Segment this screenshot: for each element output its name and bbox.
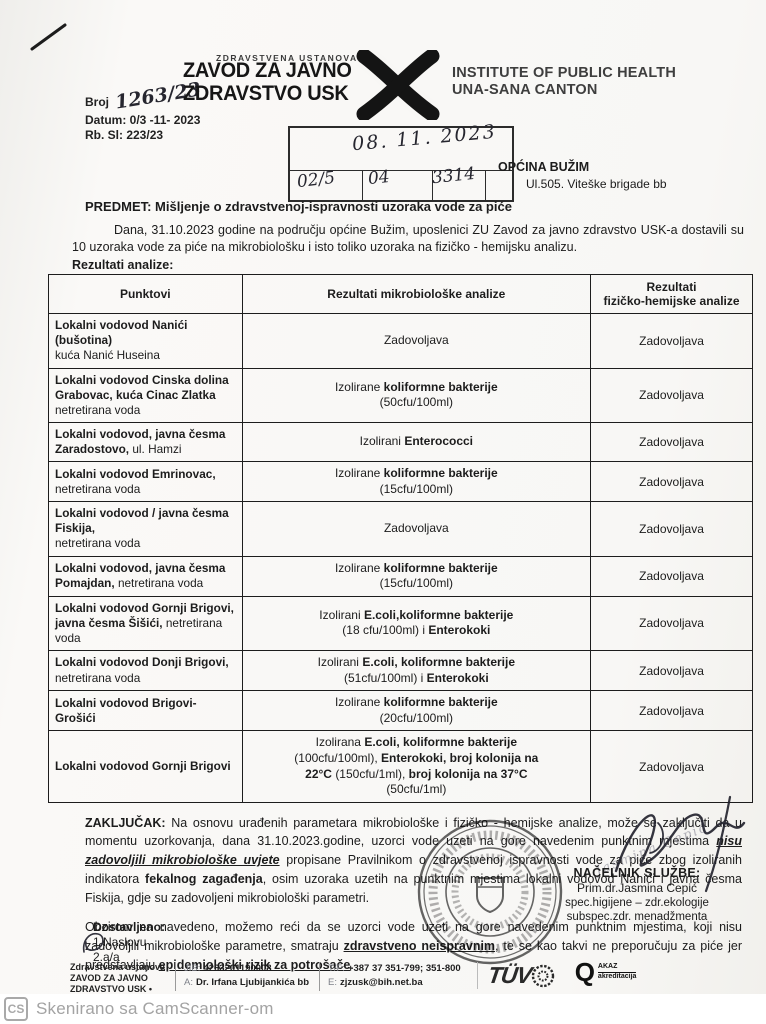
subject-line: PREDMET: Mišljenje o zdravstvenoj-isprav… bbox=[85, 199, 754, 214]
footer-phone-value: +387 37 351-799; 351-800 bbox=[348, 963, 461, 974]
grid-vline bbox=[362, 170, 363, 200]
text-segment: Lokalni vodovod Donji Brigovi, bbox=[55, 655, 229, 669]
cell-punkt: Lokalni vodovod Gornji Brigovi,javna čes… bbox=[49, 596, 243, 650]
cell-punkt: Lokalni vodovod Nanići (bušotina)kuća Na… bbox=[49, 314, 243, 368]
text-segment: Izolirane bbox=[335, 561, 384, 575]
text-segment: Izolirane bbox=[335, 695, 384, 709]
text-segment: netretirana voda bbox=[55, 536, 140, 550]
cell-micro-result: Zadovoljava bbox=[242, 314, 590, 368]
stamp-cell-handwritten: 04 bbox=[367, 167, 391, 189]
text-segment: (18 cfu/100ml) i bbox=[342, 623, 428, 637]
text-segment: (100cfu/100ml), bbox=[294, 751, 381, 765]
footer-org-line: ZAVOD ZA JAVNO bbox=[70, 973, 165, 984]
datum-line: Datum: 0/3 -11- 2023 bbox=[85, 113, 201, 129]
text-segment: Enterokoki bbox=[427, 671, 489, 685]
cell-physchem-result: Zadovoljava bbox=[591, 422, 753, 461]
text-segment: (15cfu/100ml) bbox=[380, 482, 453, 496]
akaz-q-icon: Q bbox=[575, 962, 595, 983]
text-segment: javna česma Šišići, bbox=[55, 616, 166, 630]
recipient-block: OPĆINA BUŽIM Ul.505. Viteške brigade bb bbox=[498, 158, 667, 194]
text-segment: koliformne bakterije bbox=[384, 695, 498, 709]
results-table-header-cell: Punktovi bbox=[49, 274, 243, 314]
table-row: Lokalni vodovod Brigovi-GrošićiIzolirane… bbox=[49, 691, 753, 731]
text-segment: netretirana voda bbox=[55, 671, 140, 685]
text-segment: Izolirana bbox=[316, 735, 365, 749]
footer-id-address: JIB:4263201190008 A:Dr. Irfana Ljubijank… bbox=[175, 962, 309, 991]
cell-physchem-result: Zadovoljava bbox=[591, 731, 753, 802]
footer-id-value: 4263201190008 bbox=[203, 963, 271, 974]
cell-punkt: Lokalni vodovod Gornji Brigovi bbox=[49, 731, 243, 802]
cell-punkt: Lokalni vodovod Brigovi-Grošići bbox=[49, 691, 243, 731]
cell-micro-result: Izolirane koliformne bakterije(15cfu/100… bbox=[242, 556, 590, 596]
text-segment: Izolirane bbox=[335, 380, 384, 394]
text-segment: 22°C bbox=[305, 767, 335, 781]
org-name-line2: ZDRAVSTVO USK bbox=[183, 83, 352, 106]
cell-micro-result: Izolirani E.coli, koliformne bakterije(5… bbox=[242, 650, 590, 690]
pen-mark bbox=[20, 18, 80, 58]
text-segment: Lokalni vodovod, javna česma bbox=[55, 561, 225, 575]
grid-vline bbox=[485, 170, 486, 200]
results-table: PunktoviRezultati mikrobiološke analizeR… bbox=[48, 274, 753, 803]
table-row: Lokalni vodovod Emrinovac,netretirana vo… bbox=[49, 462, 753, 502]
text-segment: (50cfu/1ml) bbox=[386, 782, 446, 796]
camscanner-badge-icon: CS bbox=[4, 997, 28, 1021]
text-segment: Izolirani bbox=[318, 655, 363, 669]
cell-physchem-result: Zadovoljava bbox=[591, 556, 753, 596]
footer-email-line: E:zjzusk@bih.net.ba bbox=[328, 976, 461, 990]
text-segment: netretirana voda bbox=[55, 403, 140, 417]
footer-phone-line: T/F:+387 37 351-799; 351-800 bbox=[328, 962, 461, 976]
org-name-native: ZAVOD ZA JAVNO ZDRAVSTVO USK bbox=[183, 60, 352, 105]
text-segment: (15cfu/100ml) bbox=[380, 576, 453, 590]
footer-id-line: JIB:4263201190008 bbox=[184, 962, 309, 976]
footer-address-line: A:Dr. Irfana Ljubijankića bb bbox=[184, 976, 309, 990]
akaz-logo: Q AKAZ akreditacija bbox=[575, 962, 637, 983]
text-segment: kuća Nanić Huseina bbox=[55, 348, 160, 362]
footer-email-value: zjzusk@bih.net.ba bbox=[340, 977, 423, 988]
signature-title: NAČELNIK SLUŽBE: bbox=[528, 866, 746, 881]
cell-punkt: Lokalni vodovod Donji Brigovi,netretiran… bbox=[49, 650, 243, 690]
cell-punkt: Lokalni vodovod Emrinovac,netretirana vo… bbox=[49, 462, 243, 502]
footer-id-label: JIB: bbox=[184, 963, 200, 974]
text-segment: netretirana voda bbox=[118, 576, 203, 590]
scanned-document-page: Broj1263/23 Datum: 0/3 -11- 2023 Rb. Sl:… bbox=[0, 0, 766, 1024]
text-segment: E.coli, koliformne bakterije bbox=[364, 735, 517, 749]
table-row: Lokalni vodovod, javna česmaZaradostovo,… bbox=[49, 422, 753, 461]
results-label: Rezultati analize: bbox=[72, 258, 754, 272]
camscanner-watermark-text: Skenirano sa CamScanner-om bbox=[36, 999, 274, 1019]
results-table-header-cell: Rezultatifizičko-hemijske analize bbox=[591, 274, 753, 314]
results-table-header-row: PunktoviRezultati mikrobiološke analizeR… bbox=[49, 274, 753, 314]
text-segment: Lokalni vodovod Cinska dolina bbox=[55, 373, 229, 387]
footer-org-line: ZDRAVSTVO USK • bbox=[70, 984, 165, 995]
text-segment: koliformne bakterije bbox=[384, 561, 498, 575]
text-segment: Zadovoljava bbox=[384, 333, 449, 347]
text-segment: ul. Hamzi bbox=[132, 442, 181, 456]
text-segment: fekalnog zagađenja bbox=[145, 872, 263, 886]
signature-name: Prim.dr.Jasmina Cepić bbox=[528, 881, 746, 896]
cell-physchem-result: Zadovoljava bbox=[591, 462, 753, 502]
broj-label: Broj bbox=[85, 95, 109, 109]
text-segment: Izolirani bbox=[360, 434, 405, 448]
text-segment: Enterokoki bbox=[428, 623, 490, 637]
text-segment: Izolirani bbox=[319, 608, 364, 622]
cell-micro-result: Izolirane koliformne bakterije(20cfu/100… bbox=[242, 691, 590, 731]
text-segment: Lokalni vodovod Nanići (bušotina) bbox=[55, 318, 187, 347]
table-row: Lokalni vodovod Gornji BrigoviIzolirana … bbox=[49, 731, 753, 802]
text-segment: Lokalni vodovod Gornji Brigovi bbox=[55, 759, 231, 773]
signature-credential: spec.higijene – zdr.ekologije bbox=[528, 896, 746, 910]
text-segment: Lokalni vodovod Brigovi-Grošići bbox=[55, 696, 197, 725]
cell-punkt: Lokalni vodovod, javna česmaPomajdan, ne… bbox=[49, 556, 243, 596]
cell-micro-result: Izolirane koliformne bakterije(50cfu/100… bbox=[242, 368, 590, 422]
org-en-line2: UNA-SANA CANTON bbox=[452, 82, 676, 99]
cell-micro-result: Zadovoljava bbox=[242, 502, 590, 556]
text-segment: Pomajdan, bbox=[55, 576, 118, 590]
institute-logo-icon bbox=[352, 50, 444, 120]
cell-physchem-result: Zadovoljava bbox=[591, 650, 753, 690]
tuv-logo: TÜV bbox=[477, 962, 555, 989]
intro-paragraph: Dana, 31.10.2023 godine na području opći… bbox=[72, 222, 744, 257]
text-segment: koliformne bakterije bbox=[384, 466, 498, 480]
footer-org-line: Zdravstvena ustanova bbox=[70, 962, 165, 973]
footer-email-label: E: bbox=[328, 977, 337, 988]
camscanner-bar: CS Skenirano sa CamScanner-om bbox=[0, 994, 766, 1024]
text-segment: Enterokoki, broj kolonija na bbox=[381, 751, 538, 765]
tuv-logo-text: TÜV bbox=[486, 962, 533, 989]
recipient-address: Ul.505. Viteške brigade bb bbox=[526, 176, 667, 193]
results-table-header-cell: Rezultati mikrobiološke analize bbox=[242, 274, 590, 314]
cell-micro-result: Izolirani E.coli,koliformne bakterije(18… bbox=[242, 596, 590, 650]
footer-phone-label: T/F: bbox=[328, 963, 345, 974]
cell-physchem-result: Zadovoljava bbox=[591, 314, 753, 368]
text-segment: (20cfu/100ml) bbox=[380, 711, 453, 725]
cell-physchem-result: Zadovoljava bbox=[591, 502, 753, 556]
cell-micro-result: Izolirana E.coli, koliformne bakterije(1… bbox=[242, 731, 590, 802]
footer: Zdravstvena ustanova ZAVOD ZA JAVNO ZDRA… bbox=[70, 962, 636, 994]
cell-physchem-result: Zadovoljava bbox=[591, 368, 753, 422]
signature-credential: subspec.zdr. menadžmenta bbox=[528, 910, 746, 924]
cell-punkt: Lokalni vodovod, javna česmaZaradostovo,… bbox=[49, 422, 243, 461]
text-segment: broj kolonija na 37°C bbox=[409, 767, 528, 781]
footer-contact: T/F:+387 37 351-799; 351-800 E:zjzusk@bi… bbox=[319, 962, 461, 991]
text-segment: Izolirane bbox=[335, 466, 384, 480]
table-row: Lokalni vodovod / javna česma Fiskija,ne… bbox=[49, 502, 753, 556]
text-segment: Zaradostovo, bbox=[55, 442, 132, 456]
text-segment: Grabovac, kuća Cinac Zlatka bbox=[55, 388, 216, 402]
org-en-line1: INSTITUTE OF PUBLIC HEALTH bbox=[452, 65, 676, 82]
org-name-line1: ZAVOD ZA JAVNO bbox=[183, 60, 352, 83]
cell-physchem-result: Zadovoljava bbox=[591, 596, 753, 650]
table-row: Lokalni vodovod Cinska dolinaGrabovac, k… bbox=[49, 368, 753, 422]
text-segment: Zadovoljava bbox=[384, 521, 449, 535]
cell-punkt: Lokalni vodovod Cinska dolinaGrabovac, k… bbox=[49, 368, 243, 422]
org-name-english: INSTITUTE OF PUBLIC HEALTH UNA-SANA CANT… bbox=[452, 65, 676, 98]
text-segment: (51cfu/100ml) i bbox=[344, 671, 427, 685]
signature-block: NAČELNIK SLUŽBE: Prim.dr.Jasmina Cepić s… bbox=[528, 866, 746, 924]
text-segment: (50cfu/100ml) bbox=[380, 395, 453, 409]
text-segment: Lokalni vodovod / javna česma Fiskija, bbox=[55, 506, 229, 535]
akaz-line1: AKAZ bbox=[598, 963, 637, 972]
table-row: Lokalni vodovod Nanići (bušotina)kuća Na… bbox=[49, 314, 753, 368]
cell-physchem-result: Zadovoljava bbox=[591, 691, 753, 731]
akaz-line2: akreditacija bbox=[598, 972, 637, 982]
rbsl-line: Rb. Sl: 223/23 bbox=[85, 128, 201, 144]
text-segment: koliformne bakterije bbox=[384, 380, 498, 394]
cell-micro-result: Izolirani Enterococci bbox=[242, 422, 590, 461]
table-row: Lokalni vodovod, javna česmaPomajdan, ne… bbox=[49, 556, 753, 596]
text-segment: Lokalni vodovod Emrinovac, bbox=[55, 467, 216, 481]
results-table-body: Lokalni vodovod Nanići (bušotina)kuća Na… bbox=[49, 314, 753, 802]
cell-micro-result: Izolirane koliformne bakterije(15cfu/100… bbox=[242, 462, 590, 502]
text-segment: E.coli, koliformne bakterije bbox=[362, 655, 515, 669]
footer-org: Zdravstvena ustanova ZAVOD ZA JAVNO ZDRA… bbox=[70, 962, 165, 994]
table-row: Lokalni vodovod Donji Brigovi,netretiran… bbox=[49, 650, 753, 690]
akaz-logo-text: AKAZ akreditacija bbox=[598, 963, 637, 982]
text-segment: Lokalni vodovod, javna česma bbox=[55, 427, 225, 441]
recipient-name: OPĆINA BUŽIM bbox=[498, 158, 667, 176]
handwritten-checkmark-loop bbox=[80, 928, 110, 956]
cell-punkt: Lokalni vodovod / javna česma Fiskija,ne… bbox=[49, 502, 243, 556]
footer-address-label: A: bbox=[184, 977, 193, 988]
text-segment: (150cfu/1ml), bbox=[335, 767, 408, 781]
text-segment: ZAKLJUČAK: bbox=[85, 816, 171, 830]
footer-address-value: Dr. Irfana Ljubijankića bb bbox=[196, 977, 309, 988]
tuv-emblem-icon bbox=[531, 964, 555, 988]
table-row: Lokalni vodovod Gornji Brigovi,javna čes… bbox=[49, 596, 753, 650]
text-segment: E.coli,koliformne bakterije bbox=[364, 608, 513, 622]
text-segment: Enterococci bbox=[404, 434, 473, 448]
text-segment: netretirana voda bbox=[55, 482, 140, 496]
text-segment: Lokalni vodovod Gornji Brigovi, bbox=[55, 601, 234, 615]
